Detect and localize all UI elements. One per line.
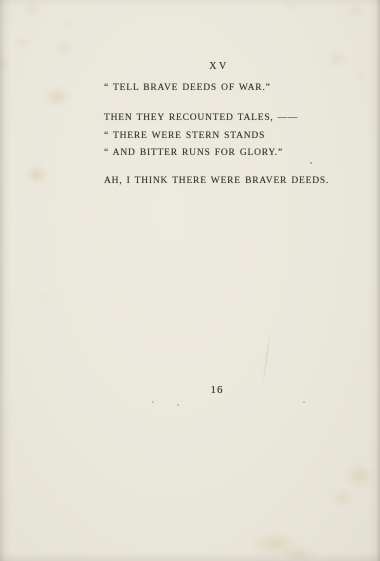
poem-line: “ AND BITTER RUNS FOR GLORY.”: [104, 145, 298, 163]
poem-line: THEN THEY RECOUNTED TALES, ——: [104, 110, 298, 128]
foxing-spot: [60, 20, 74, 30]
foxing-spot: [326, 50, 348, 68]
foxing-spot: [0, 56, 10, 71]
foxing-spot: [345, 4, 365, 18]
foxing-spot: [344, 462, 376, 489]
foxing-spot: [43, 85, 71, 108]
paper-speck: [152, 401, 154, 403]
foxing-spot: [22, 2, 42, 16]
foxing-spot: [284, 2, 298, 12]
poem-line: “ TELL BRAVE DEEDS OF WAR.”: [104, 83, 271, 93]
book-page: XV “ TELL BRAVE DEEDS OF WAR.” THEN THEY…: [0, 0, 380, 561]
foxing-spot: [34, 290, 48, 302]
section-numeral: XV: [209, 61, 228, 72]
poem-stanza: THEN THEY RECOUNTED TALES, —— “ THERE WE…: [104, 110, 298, 163]
foxing-spot: [354, 70, 370, 82]
poem-line: AH, I THINK THERE WERE BRAVER DEEDS.: [104, 176, 329, 186]
foxing-spot: [280, 545, 318, 561]
paper-crease: [262, 331, 271, 387]
paper-speck: [303, 401, 305, 403]
page-number: 16: [211, 384, 224, 396]
foxing-spot: [14, 36, 30, 48]
foxing-spot: [25, 164, 48, 185]
paper-speck: [310, 162, 312, 164]
foxing-spot: [331, 488, 355, 509]
poem-line: “ THERE WERE STERN STANDS: [104, 128, 298, 146]
paper-speck: [177, 404, 179, 406]
foxing-spot: [54, 40, 74, 56]
